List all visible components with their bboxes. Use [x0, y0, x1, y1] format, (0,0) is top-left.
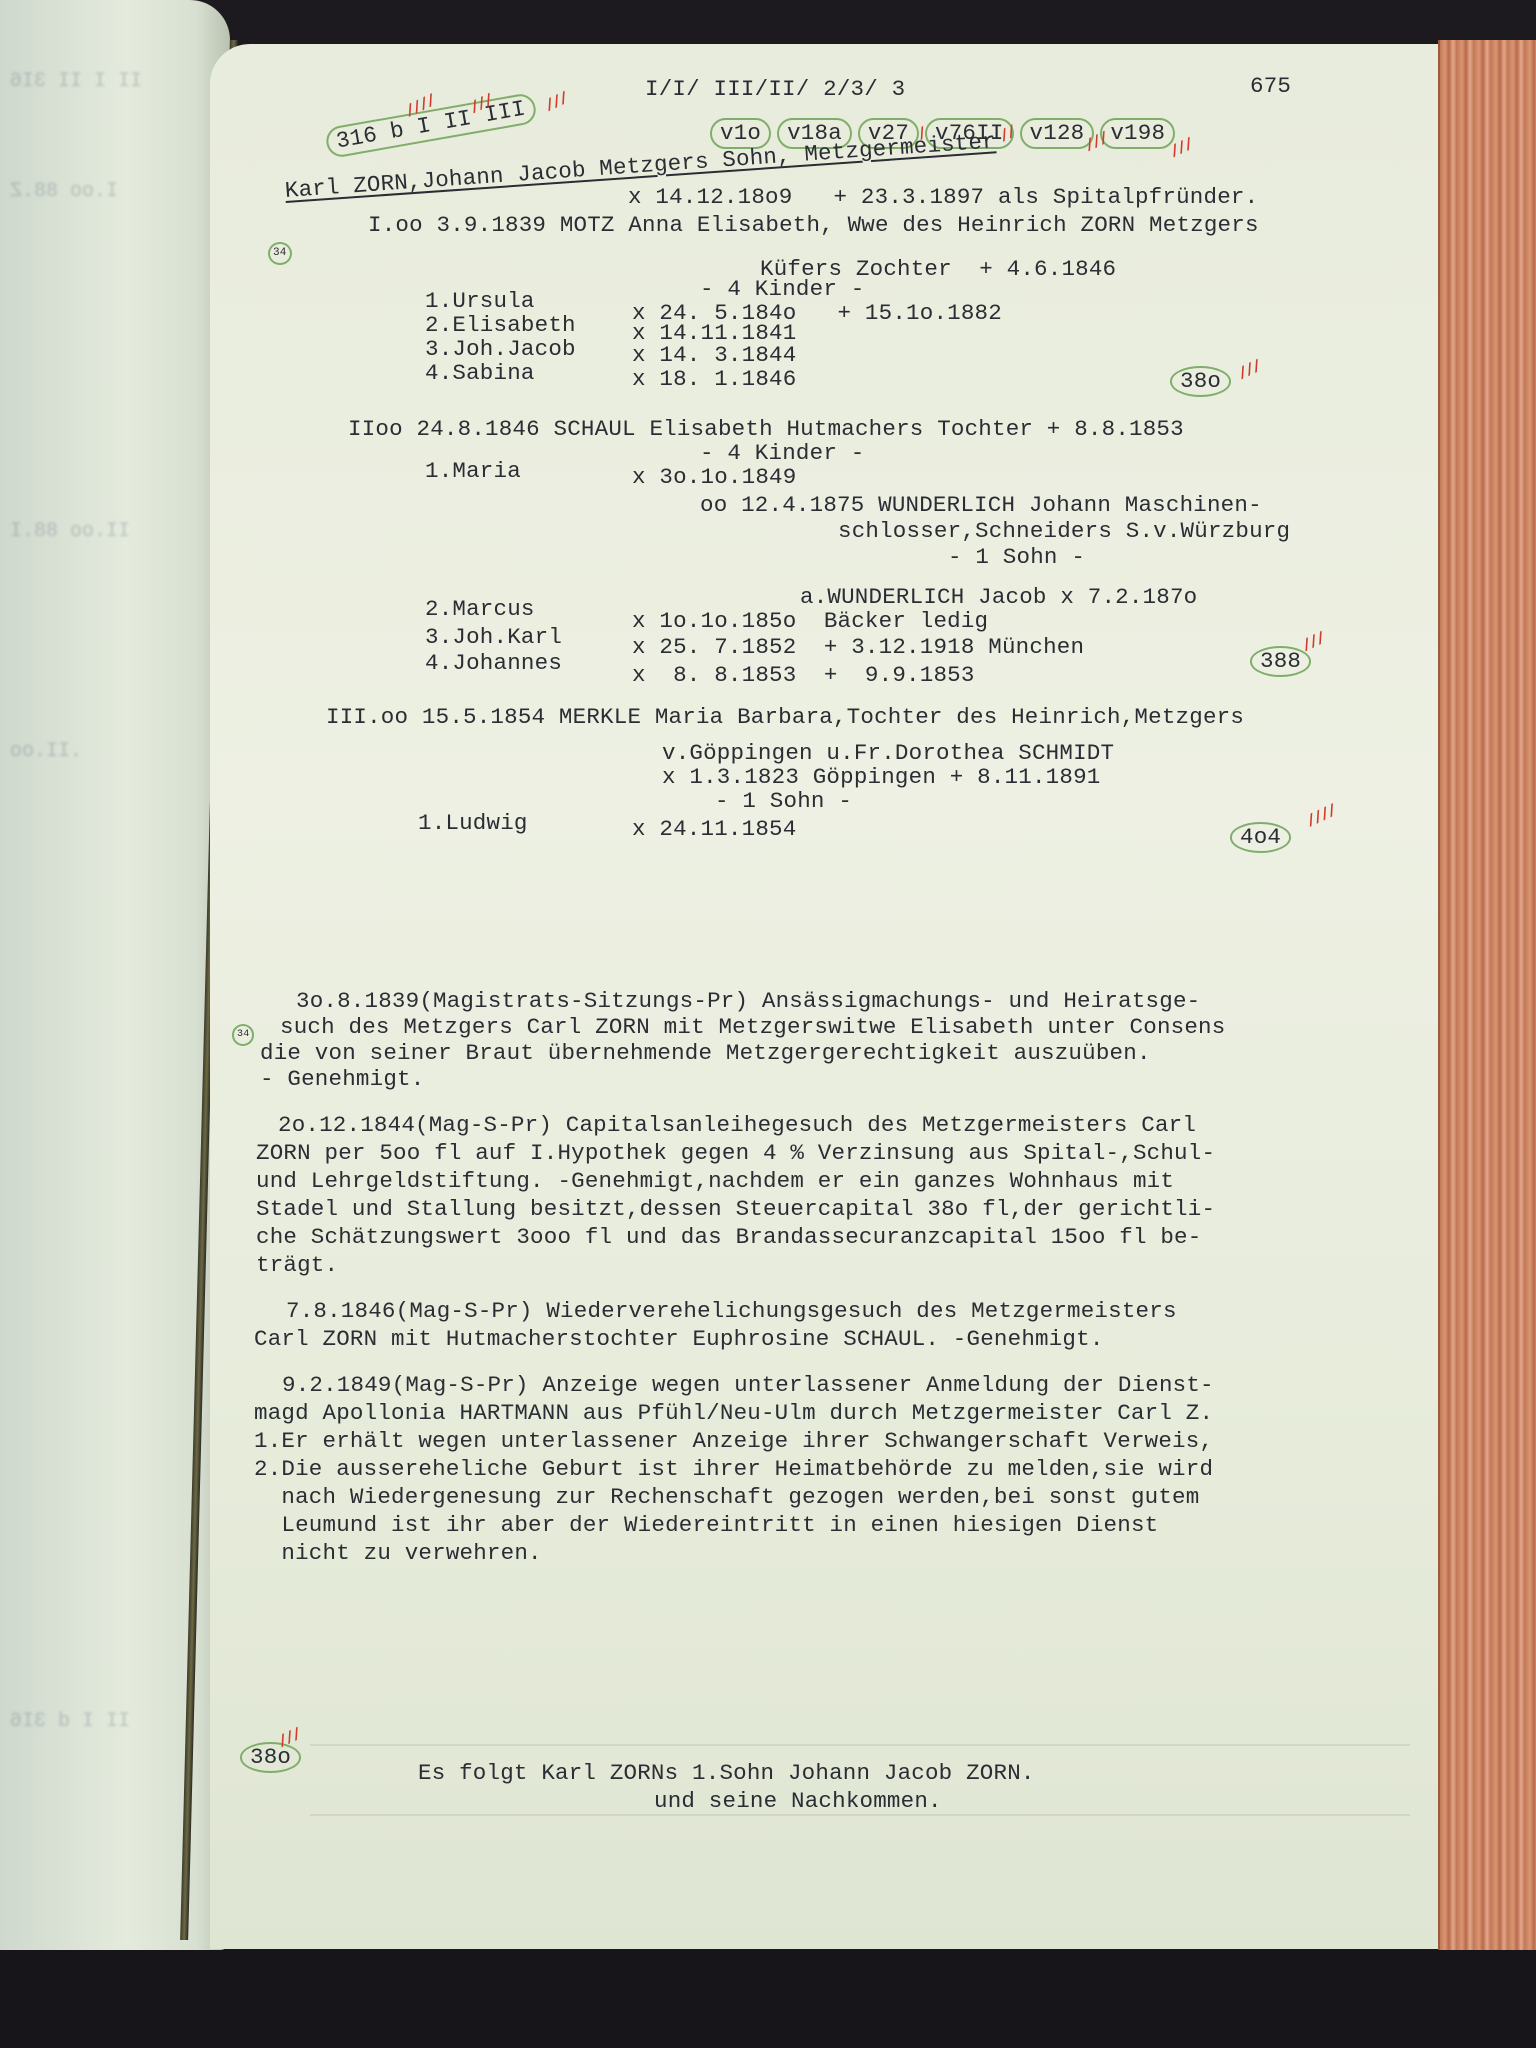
record-line: die von seiner Braut übernehmende Metzge… — [260, 1042, 1151, 1065]
record-line: magd Apollonia HARTMANN aus Pfühl/Neu-Ul… — [254, 1402, 1213, 1425]
child-name: 2.Marcus — [425, 598, 535, 621]
cross-ref: v198 — [1100, 118, 1175, 149]
child-dates: x 1o.1o.185o Bäcker ledig — [632, 610, 988, 633]
marriage-3-detail: v.Göppingen u.Fr.Dorothea SCHMIDT — [662, 742, 1114, 765]
record-line: 7.8.1846(Mag-S-Pr) Wiederverehelichungsg… — [286, 1300, 1177, 1323]
record-line: nach Wiedergenesung zur Rechenschaft gez… — [254, 1486, 1199, 1509]
record-line: - Genehmigt. — [260, 1068, 424, 1091]
record-line: 9.2.1849(Mag-S-Pr) Anzeige wegen unterla… — [282, 1374, 1214, 1397]
children-count-label: - 4 Kinder - — [700, 442, 864, 465]
head-person-dates: x 14.12.18o9 + 23.3.1897 als Spitalpfrün… — [628, 186, 1258, 209]
reference-code: I/I/ III/II/ 2/3/ 3 — [645, 78, 905, 101]
page-reference: 388 — [1250, 646, 1311, 677]
child-name: 3.Joh.Jacob — [425, 338, 576, 361]
record-line: such des Metzgers Carl ZORN mit Metzgers… — [280, 1016, 1225, 1039]
record-line: trägt. — [256, 1254, 338, 1277]
margin-mark: 34 — [268, 242, 292, 265]
child-dates: x 14. 3.1844 — [632, 344, 796, 367]
red-tick-marks: /// — [1235, 358, 1263, 384]
red-tick-marks: /// — [542, 90, 570, 116]
marriage-2-line: IIoo 24.8.1846 SCHAUL Elisabeth Hutmache… — [348, 418, 1184, 441]
marriage-1-line: I.oo 3.9.1839 MOTZ Anna Elisabeth, Wwe d… — [368, 214, 1259, 237]
child-name: 3.Joh.Karl — [425, 626, 562, 649]
child-name: 1.Maria — [425, 460, 521, 483]
continuation-note-2: und seine Nachkommen. — [654, 1790, 942, 1813]
record-line: Leumund ist ihr aber der Wiedereintritt … — [254, 1514, 1158, 1537]
child-dates: x 25. 7.1852 + 3.12.1918 München — [632, 636, 1084, 659]
page-number: 675 — [1250, 75, 1291, 98]
record-line: nicht zu verwehren. — [254, 1542, 542, 1565]
record-line: 1.Er erhält wegen unterlassener Anzeige … — [254, 1430, 1213, 1453]
record-line: ZORN per 5oo fl auf I.Hypothek gegen 4 %… — [256, 1142, 1215, 1165]
grandchild: a.WUNDERLICH Jacob x 7.2.187o — [800, 586, 1197, 609]
child-marriage: oo 12.4.1875 WUNDERLICH Johann Maschinen… — [700, 494, 1262, 517]
margin-mark: 34 — [232, 1024, 254, 1046]
child-name: 4.Sabina — [425, 362, 535, 385]
page-reference: 38o — [1170, 366, 1231, 397]
marriage-3-line: III.oo 15.5.1854 MERKLE Maria Barbara,To… — [326, 706, 1244, 729]
child-name: 4.Johannes — [425, 652, 562, 675]
child-dates: x 18. 1.1846 — [632, 368, 796, 391]
children-count-label: - 4 Kinder - — [700, 278, 864, 301]
record-line: 3o.8.1839(Magistrats-Sitzungs-Pr) Ansäss… — [296, 990, 1200, 1013]
children-count-label: - 1 Sohn - — [715, 790, 852, 813]
child-dates: x 24.11.1854 — [632, 818, 796, 841]
cross-ref: v128 — [1020, 118, 1095, 149]
marriage-3-dates: x 1.3.1823 Göppingen + 8.11.1891 — [662, 766, 1100, 789]
record-line: Stadel und Stallung besitzt,dessen Steue… — [256, 1198, 1215, 1221]
page-reference: 4o4 — [1230, 822, 1291, 853]
red-tick-marks: //// — [1304, 802, 1339, 831]
child-marriage-detail: schlosser,Schneiders S.v.Würzburg — [838, 520, 1290, 543]
record-line: 2o.12.1844(Mag-S-Pr) Capitalsanleihegesu… — [278, 1114, 1196, 1137]
child-dates: x 3o.1o.1849 — [632, 466, 796, 489]
record-line: Carl ZORN mit Hutmacherstochter Euphrosi… — [254, 1328, 1104, 1351]
record-line: 2.Die aussereheliche Geburt ist ihrer He… — [254, 1458, 1213, 1481]
typed-page-content: I/I/ III/II/ 2/3/ 3 675 316 b I II III /… — [0, 0, 1536, 2048]
grandchildren-count-label: - 1 Sohn - — [948, 546, 1085, 569]
child-name: 2.Elisabeth — [425, 314, 576, 337]
child-name: 1.Ursula — [425, 290, 535, 313]
record-line: und Lehrgeldstiftung. -Genehmigt,nachdem… — [256, 1170, 1174, 1193]
child-name: 1.Ludwig — [418, 812, 528, 835]
continuation-note: Es folgt Karl ZORNs 1.Sohn Johann Jacob … — [418, 1762, 1035, 1785]
record-line: che Schätzungswert 3ooo fl und das Brand… — [256, 1226, 1201, 1249]
child-dates: x 8. 8.1853 + 9.9.1853 — [632, 664, 975, 687]
